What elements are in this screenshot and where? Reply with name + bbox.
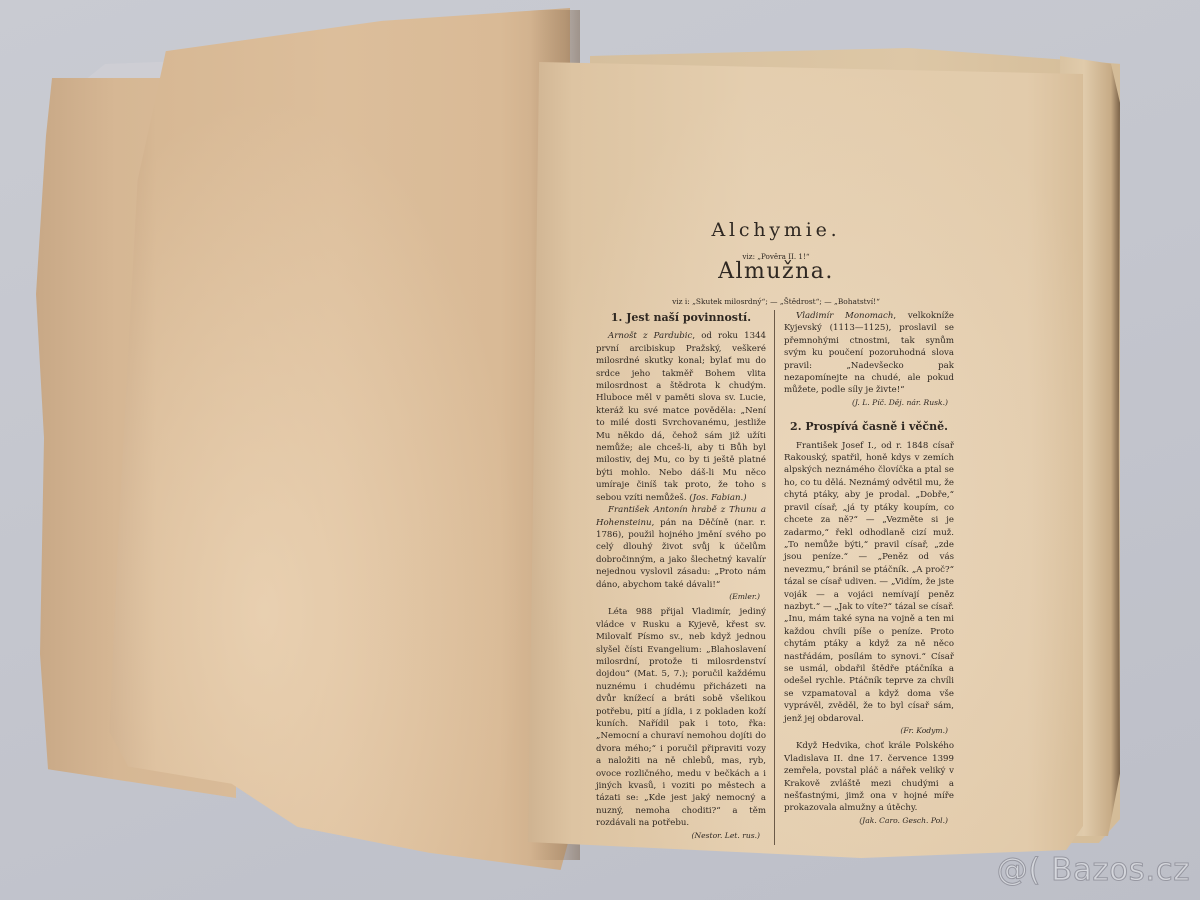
citation: (Fr. Kodym.) [784, 725, 948, 737]
cross-reference: viz i: „Skutek milosrdný“; — „Štědrost“;… [596, 296, 956, 308]
citation: (Nestor. Let. rus.) [596, 830, 760, 842]
paragraph: Léta 988 přijal Vladimír, jediný vládce … [596, 606, 766, 829]
printed-right-page: Alchymie. viz: „Pověra II. 1!“ Almužna. … [528, 58, 1083, 858]
citation: (Emler.) [596, 591, 760, 603]
heading-almuzna: Almužna. [596, 266, 956, 278]
citation: (J. L. Píč. Děj. nár. Rusk.) [784, 397, 948, 409]
paragraph: František Josef I., od r. 1848 císař Rak… [784, 440, 954, 725]
citation: (Jak. Caro. Gesch. Pol.) [784, 815, 948, 827]
blank-left-page [100, 8, 570, 870]
paragraph: Když Hedvika, choť krále Polského Vladis… [784, 740, 954, 814]
heading-alchymie: Alchymie. [596, 224, 956, 236]
paragraph: František Antonín hrabě z Thunu a Hohens… [596, 504, 766, 591]
two-column-text: 1. Jest naší povinností. Arnošt z Pardub… [596, 310, 956, 845]
paragraph: Arnošt z Pardubic, od roku 1344 první ar… [596, 330, 766, 504]
section-title: 2. Prospívá časně i věčně. [784, 421, 954, 433]
bazos-watermark: @( Bazos.cz [997, 852, 1190, 888]
section-title: 1. Jest naší povinností. [596, 312, 766, 324]
paragraph: Vladimír Monomach, velkokníže Kyjevský (… [784, 310, 954, 397]
left-column: 1. Jest naší povinností. Arnošt z Pardub… [596, 310, 775, 845]
right-column: Vladimír Monomach, velkokníže Kyjevský (… [775, 310, 954, 845]
